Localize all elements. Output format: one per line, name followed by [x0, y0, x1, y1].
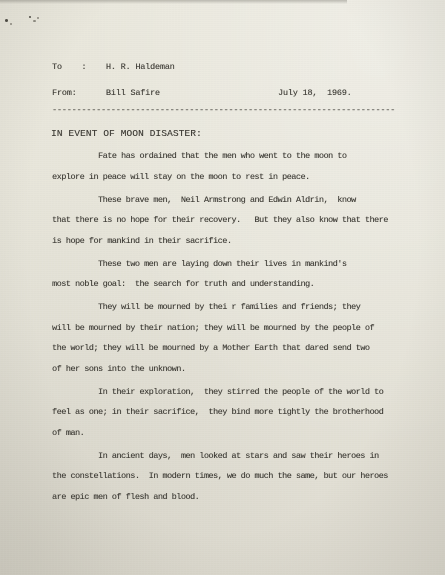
- memo-paragraph-2: These brave men, Neil Armstrong and Edwi…: [52, 190, 445, 252]
- memo-title: IN EVENT OF MOON DISASTER:: [51, 128, 202, 140]
- staple-mark: [33, 20, 36, 22]
- memo-line: In ancient days, men looked at stars and…: [52, 446, 445, 467]
- memo-line: the world; they will be mourned by a Mot…: [52, 338, 445, 359]
- paper-top-edge-shadow: [0, 0, 347, 4]
- memo-paragraph-6: In ancient days, men looked at stars and…: [52, 446, 445, 508]
- memo-paragraph-3: These two men are laying down their live…: [52, 254, 445, 295]
- staple-mark: [10, 23, 12, 25]
- memo-paragraph-5: In their exploration, they stirred the p…: [52, 382, 445, 444]
- memo-line: In their exploration, they stirred the p…: [52, 382, 445, 403]
- memo-paragraph-4: They will be mourned by thei r families …: [52, 297, 445, 379]
- memo-line: of her sons into the unknown.: [52, 359, 445, 380]
- memo-to-line: To : H. R. Haldeman: [52, 61, 175, 73]
- staple-mark: [5, 19, 8, 22]
- memo-from-line: From: Bill Safire: [52, 87, 160, 99]
- memo-line: These brave men, Neil Armstrong and Edwi…: [52, 190, 445, 211]
- memo-body: Fate has ordained that the men who went …: [52, 146, 445, 510]
- memo-paragraph-1: Fate has ordained that the men who went …: [52, 146, 445, 187]
- memo-line: of man.: [52, 423, 445, 444]
- staple-mark: [37, 17, 39, 19]
- memo-line: the constellations. In modern times, we …: [52, 466, 445, 487]
- memo-line: These two men are laying down their live…: [52, 254, 445, 275]
- memo-line: Fate has ordained that the men who went …: [52, 146, 445, 167]
- memo-line: that there is no hope for their recovery…: [52, 210, 445, 231]
- memo-date: July 18, 1969.: [278, 87, 352, 99]
- staple-mark: [29, 16, 31, 18]
- memo-line: feel as one; in their sacrifice, they bi…: [52, 402, 445, 423]
- memo-line: is hope for mankind in their sacrifice.: [52, 231, 445, 252]
- memo-line: will be mourned by their nation; they wi…: [52, 318, 445, 339]
- memo-line: most noble goal: the search for truth an…: [52, 274, 445, 295]
- memo-divider: ----------------------------------------…: [52, 104, 395, 116]
- memo-line: explore in peace will stay on the moon t…: [52, 167, 445, 188]
- memo-line: are epic men of flesh and blood.: [52, 487, 445, 508]
- memo-line: They will be mourned by thei r families …: [52, 297, 445, 318]
- memo-page: To : H. R. Haldeman From: Bill Safire Ju…: [0, 0, 445, 575]
